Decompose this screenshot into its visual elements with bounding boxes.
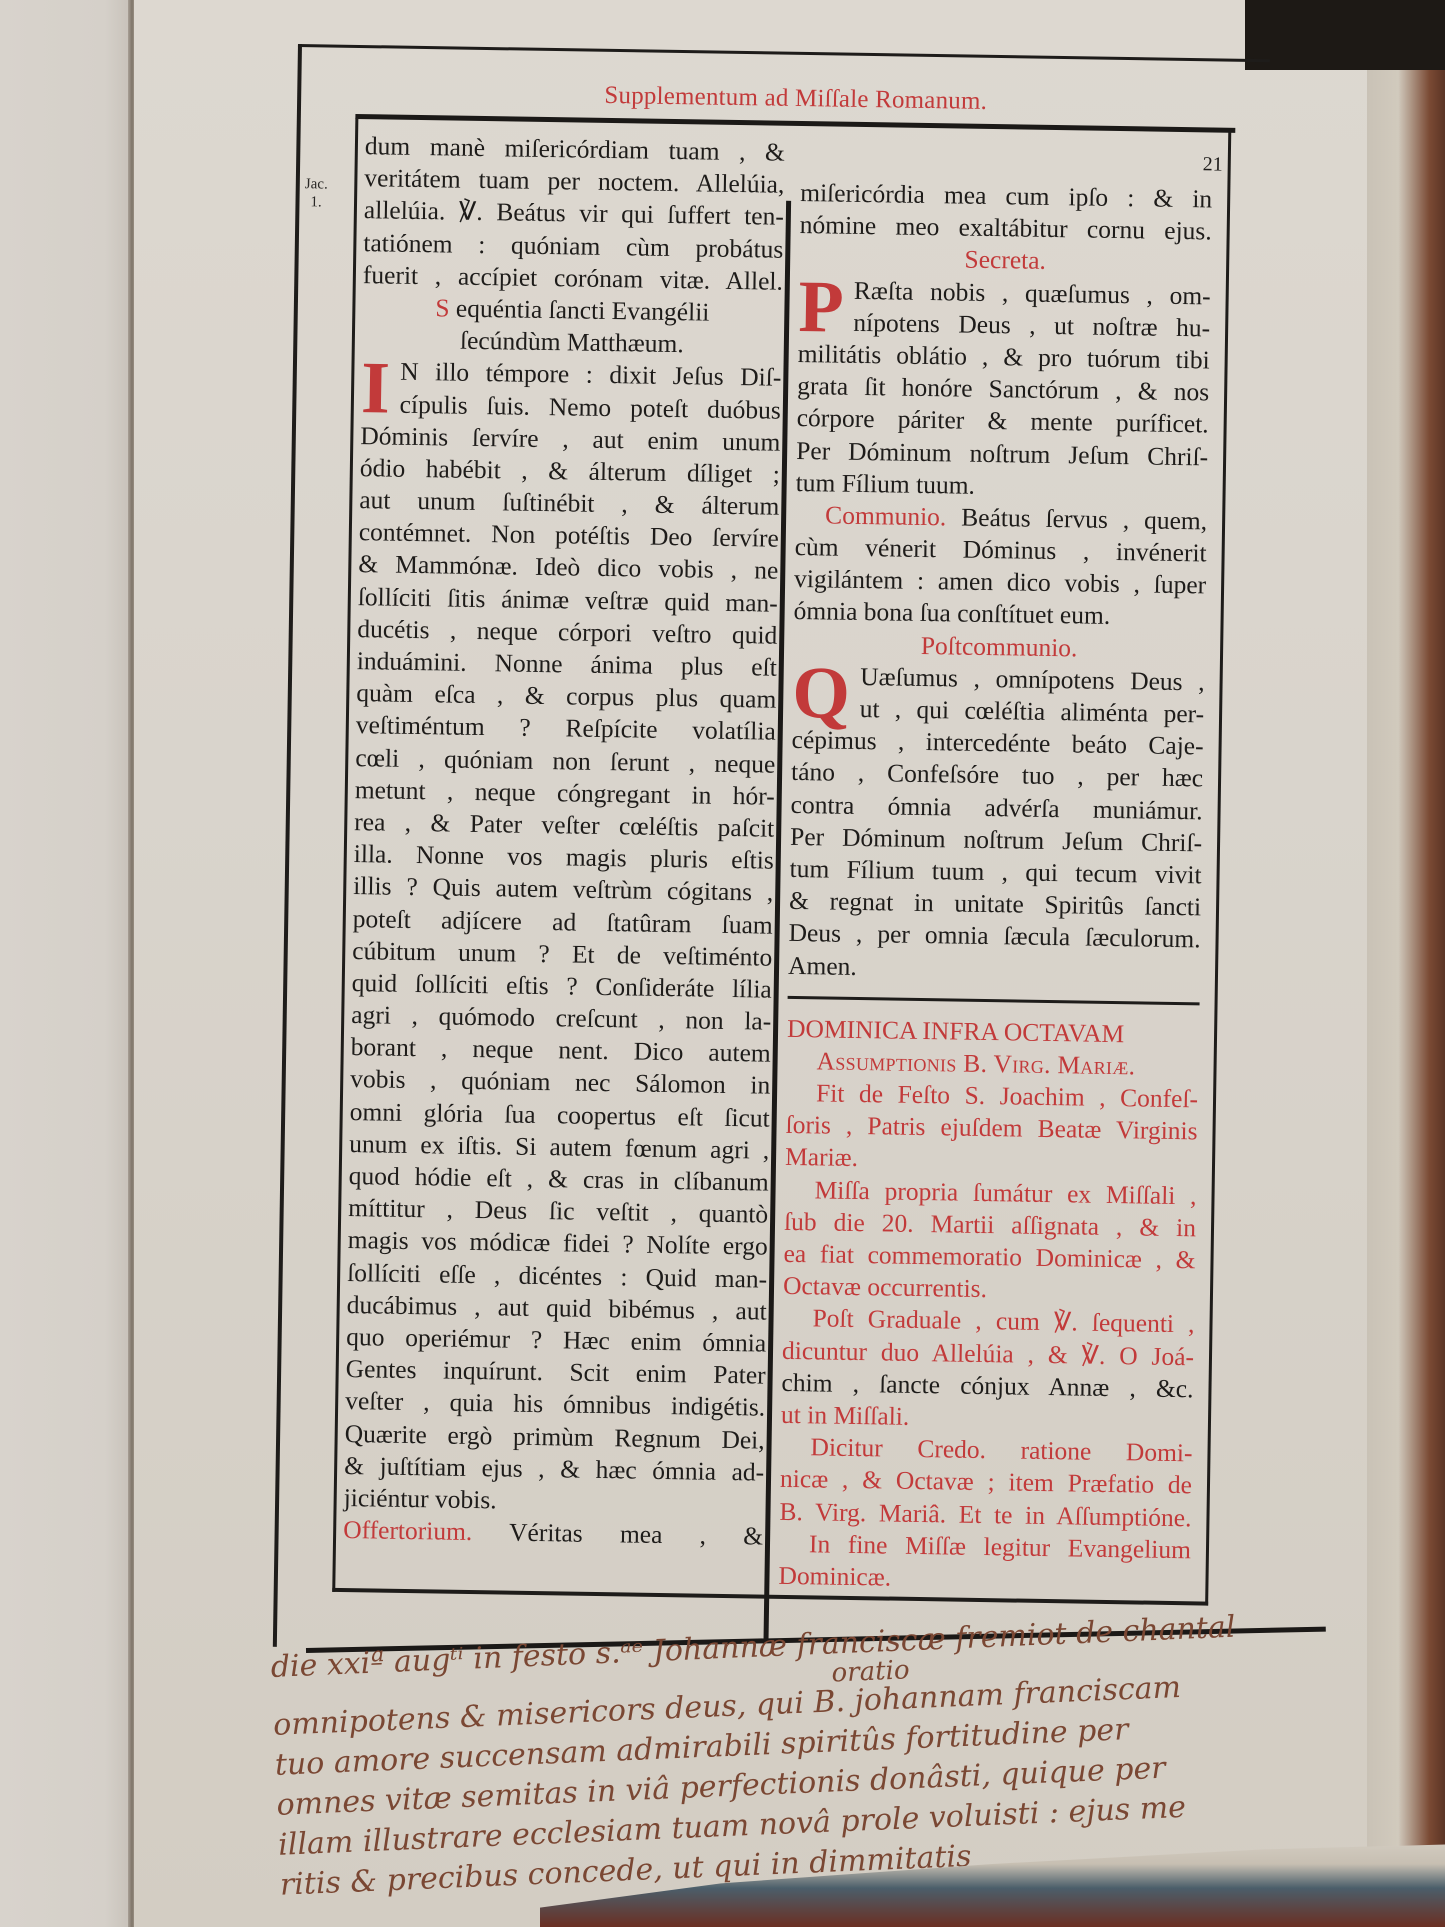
printed-text-block: Supplementum ad Miſſale Romanum. 21 Jac.… bbox=[332, 78, 1236, 1622]
rubric-section: DOMINICA INFRA OCTAVAM Assumptionis B. V… bbox=[778, 1013, 1199, 1599]
section-divider bbox=[788, 996, 1200, 1005]
text-line: fuerit , accípiet corónam vitæ. Allel. bbox=[363, 259, 783, 298]
gospel-heading-initial: S bbox=[435, 293, 450, 322]
offertory-text: Véritas mea , & bbox=[509, 1518, 764, 1551]
background-dark bbox=[1245, 0, 1445, 70]
communion-label: Communio. bbox=[825, 500, 947, 531]
dropcap-initial: I bbox=[361, 357, 391, 419]
offertory-line: Offertorium. Véritas mea , & bbox=[343, 1514, 763, 1553]
offertory-label: Offertorium. bbox=[343, 1515, 473, 1546]
text-line: ómnia bona ſua conſtítuet eum. bbox=[793, 595, 1205, 634]
right-column: miſericórdia mea cum ipſo : & in nómine … bbox=[778, 177, 1212, 1598]
postcommunion-text: Q Uæſumus , omnípotens Deus , ut , qui c… bbox=[788, 660, 1205, 988]
text-line: Amen. bbox=[788, 949, 1200, 988]
dropcap-initial: P bbox=[798, 276, 844, 339]
gospel-text: I N illo témpore : dixit Jeſus Diſ- cípu… bbox=[343, 355, 781, 1520]
rubric-line: Dominicæ. bbox=[778, 1560, 1190, 1599]
dropcap-initial: Q bbox=[792, 662, 851, 725]
secret-text: P Ræſta nobis , quæſumus , om- nípotens … bbox=[795, 274, 1210, 506]
left-column: dum manè miſericórdiam tuam , & veritáte… bbox=[343, 130, 785, 1553]
marginal-reference: Jac. 1. bbox=[292, 175, 341, 212]
